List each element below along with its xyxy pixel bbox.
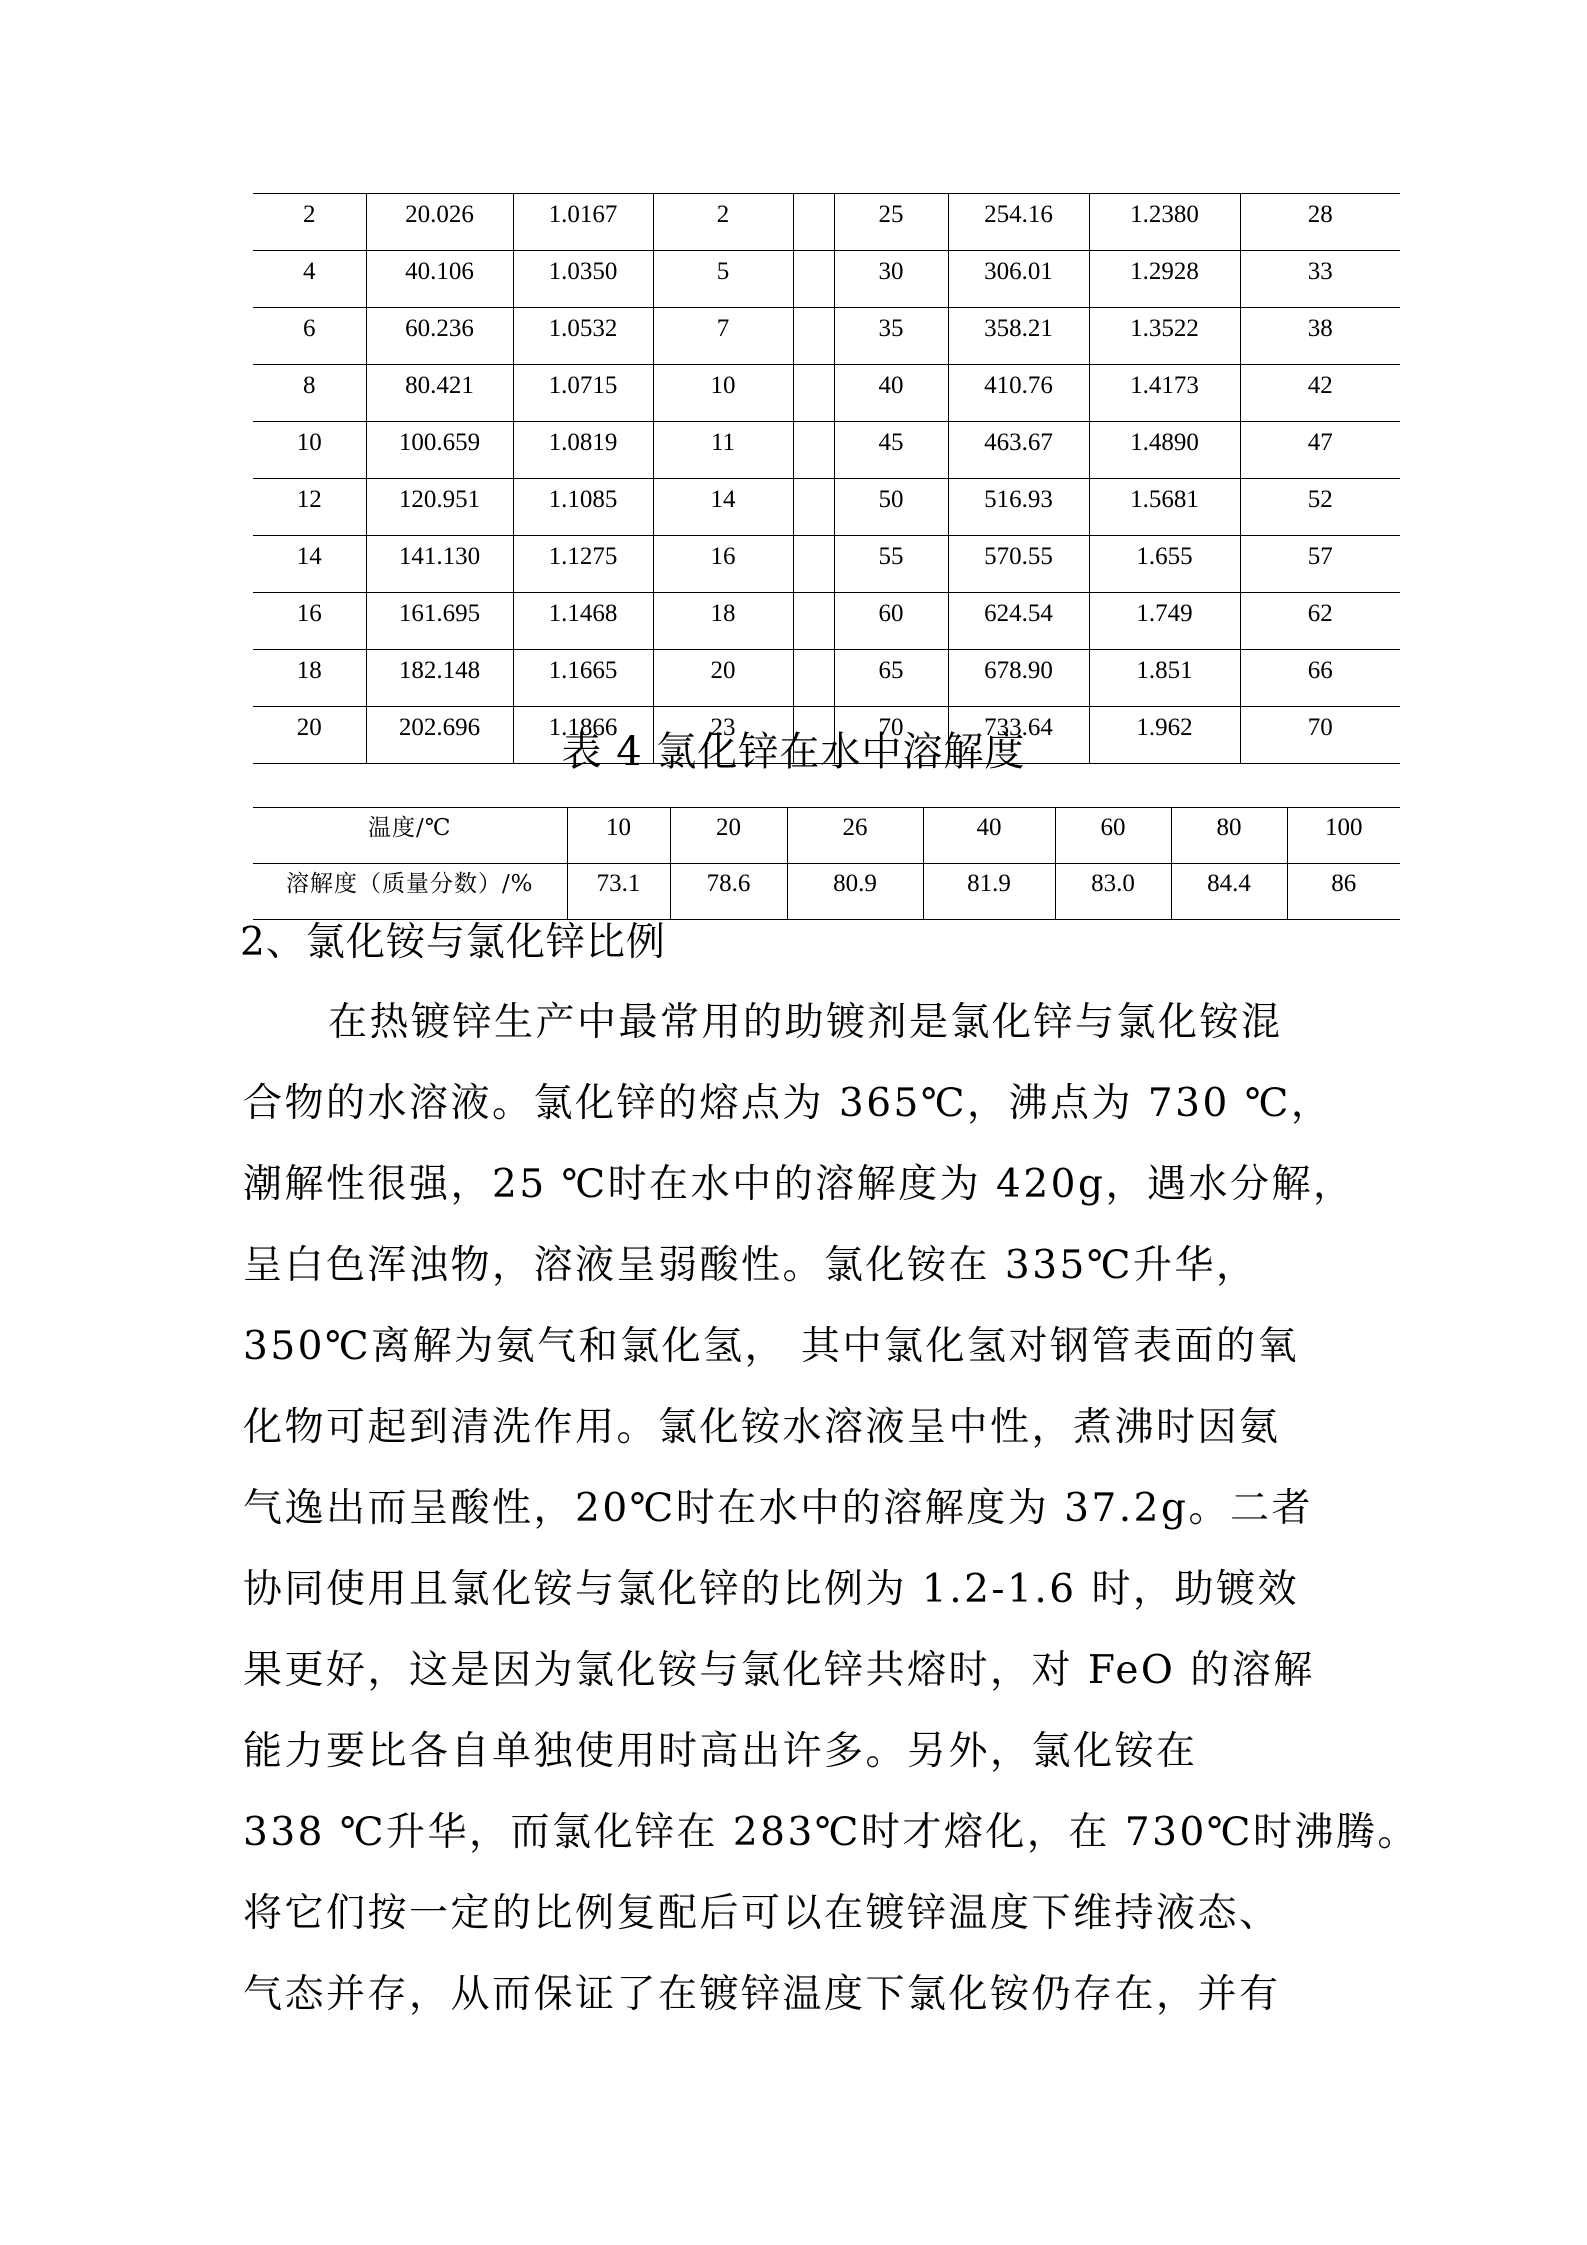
table-cell: 6 bbox=[253, 308, 366, 365]
row-label: 温度/℃ bbox=[253, 808, 567, 864]
section-heading: 2、氯化铵与氯化锌比例 bbox=[240, 915, 666, 971]
table-cell: 62 bbox=[1240, 593, 1400, 650]
table-cell: 1.0819 bbox=[513, 422, 653, 479]
table-cell: 33 bbox=[1240, 251, 1400, 308]
table-cell: 80 bbox=[1171, 808, 1287, 864]
table-cell bbox=[793, 194, 834, 251]
paragraph-line: 350℃离解为氨气和氯化氢， 其中氯化氢对钢管表面的氧 bbox=[243, 1319, 1299, 1375]
table-cell: 47 bbox=[1240, 422, 1400, 479]
paragraph-line: 将它们按一定的比例复配后可以在镀锌温度下维持液态、 bbox=[243, 1886, 1281, 1942]
table-cell: 60.236 bbox=[366, 308, 513, 365]
table-cell: 1.1085 bbox=[513, 479, 653, 536]
table-cell: 20 bbox=[653, 650, 793, 707]
density-table-continued: 220.0261.0167225254.161.238028440.1061.0… bbox=[253, 193, 1400, 764]
paragraph-line: 化物可起到清洗作用。氯化铵水溶液呈中性，煮沸时因氨 bbox=[243, 1400, 1281, 1456]
table-cell bbox=[793, 593, 834, 650]
table-cell: 28 bbox=[1240, 194, 1400, 251]
table-cell: 120.951 bbox=[366, 479, 513, 536]
table-cell: 55 bbox=[834, 536, 948, 593]
table-cell: 30 bbox=[834, 251, 948, 308]
table-cell: 45 bbox=[834, 422, 948, 479]
table-row: 880.4211.07151040410.761.417342 bbox=[253, 365, 1400, 422]
table-cell: 1.0167 bbox=[513, 194, 653, 251]
temperature-row: 温度/℃ 10 20 26 40 60 80 100 bbox=[253, 808, 1400, 864]
table-row: 660.2361.0532735358.211.352238 bbox=[253, 308, 1400, 365]
table-cell: 7 bbox=[653, 308, 793, 365]
table-cell: 12 bbox=[253, 479, 366, 536]
table-cell: 1.0350 bbox=[513, 251, 653, 308]
table-cell: 254.16 bbox=[948, 194, 1089, 251]
table-cell bbox=[793, 308, 834, 365]
table-cell: 10 bbox=[567, 808, 670, 864]
table-cell: 100.659 bbox=[366, 422, 513, 479]
solubility-row: 溶解度（质量分数）/% 73.1 78.6 80.9 81.9 83.0 84.… bbox=[253, 864, 1400, 920]
table-row: 10100.6591.08191145463.671.489047 bbox=[253, 422, 1400, 479]
paragraph-line: 气逸出而呈酸性，20℃时在水中的溶解度为 37.2g。二者 bbox=[243, 1481, 1313, 1537]
table-cell: 1.0532 bbox=[513, 308, 653, 365]
table-cell: 358.21 bbox=[948, 308, 1089, 365]
paragraph-line: 能力要比各自单独使用时高出许多。另外，氯化铵在 bbox=[243, 1724, 1198, 1780]
table-cell: 141.130 bbox=[366, 536, 513, 593]
table-cell: 410.76 bbox=[948, 365, 1089, 422]
table-cell: 25 bbox=[834, 194, 948, 251]
paragraph-line: 果更好，这是因为氯化铵与氯化锌共熔时，对 FeO 的溶解 bbox=[243, 1643, 1315, 1699]
table-cell: 1.851 bbox=[1089, 650, 1240, 707]
table-cell: 678.90 bbox=[948, 650, 1089, 707]
table-cell: 463.67 bbox=[948, 422, 1089, 479]
paragraph-line: 呈白色浑浊物，溶液呈弱酸性。氯化铵在 335℃升华， bbox=[243, 1238, 1257, 1294]
table-cell bbox=[793, 536, 834, 593]
table-cell: 35 bbox=[834, 308, 948, 365]
table-cell bbox=[793, 479, 834, 536]
table-cell: 86 bbox=[1287, 864, 1400, 920]
paragraph-line: 在热镀锌生产中最常用的助镀剂是氯化锌与氯化铵混 bbox=[328, 995, 1283, 1051]
table-cell: 10 bbox=[253, 422, 366, 479]
table-cell: 18 bbox=[253, 650, 366, 707]
table-cell: 83.0 bbox=[1055, 864, 1171, 920]
table-caption: 表 4 氯化锌在水中溶解度 bbox=[0, 722, 1587, 782]
table-cell: 570.55 bbox=[948, 536, 1089, 593]
table-cell bbox=[793, 365, 834, 422]
paragraph-line: 协同使用且氯化铵与氯化锌的比例为 1.2-1.6 时，助镀效 bbox=[243, 1562, 1299, 1618]
table-cell: 1.4173 bbox=[1089, 365, 1240, 422]
table-cell: 16 bbox=[653, 536, 793, 593]
table-cell: 2 bbox=[253, 194, 366, 251]
table-cell: 306.01 bbox=[948, 251, 1089, 308]
table-cell: 5 bbox=[653, 251, 793, 308]
table-cell: 1.655 bbox=[1089, 536, 1240, 593]
table-cell: 16 bbox=[253, 593, 366, 650]
table-cell: 1.1275 bbox=[513, 536, 653, 593]
table-row: 220.0261.0167225254.161.238028 bbox=[253, 194, 1400, 251]
table-cell: 84.4 bbox=[1171, 864, 1287, 920]
table-cell: 14 bbox=[653, 479, 793, 536]
table-cell: 20.026 bbox=[366, 194, 513, 251]
table-cell: 73.1 bbox=[567, 864, 670, 920]
table-cell: 1.5681 bbox=[1089, 479, 1240, 536]
table-cell: 50 bbox=[834, 479, 948, 536]
table-cell: 1.1468 bbox=[513, 593, 653, 650]
table-cell: 14 bbox=[253, 536, 366, 593]
table-cell: 1.0715 bbox=[513, 365, 653, 422]
table-row: 14141.1301.12751655570.551.65557 bbox=[253, 536, 1400, 593]
table-cell: 66 bbox=[1240, 650, 1400, 707]
row-label: 溶解度（质量分数）/% bbox=[253, 864, 567, 920]
table-cell: 80.9 bbox=[787, 864, 923, 920]
paragraph-line: 338 ℃升华，而氯化锌在 283℃时才熔化，在 730℃时沸腾。 bbox=[243, 1805, 1419, 1861]
table-cell: 1.3522 bbox=[1089, 308, 1240, 365]
table-row: 12120.9511.10851450516.931.568152 bbox=[253, 479, 1400, 536]
table-cell: 26 bbox=[787, 808, 923, 864]
paragraph-line: 气态并存，从而保证了在镀锌温度下氯化铵仍存在，并有 bbox=[243, 1967, 1281, 2023]
paragraph-line: 潮解性很强，25 ℃时在水中的溶解度为 420g，遇水分解， bbox=[243, 1157, 1354, 1213]
table-cell: 20 bbox=[670, 808, 787, 864]
zinc-chloride-solubility-table: 温度/℃ 10 20 26 40 60 80 100 溶解度（质量分数）/% 7… bbox=[253, 807, 1400, 920]
table-cell bbox=[793, 251, 834, 308]
table-cell: 1.2928 bbox=[1089, 251, 1240, 308]
table-row: 16161.6951.14681860624.541.74962 bbox=[253, 593, 1400, 650]
table-cell: 40 bbox=[923, 808, 1055, 864]
table-cell: 80.421 bbox=[366, 365, 513, 422]
table-cell: 40.106 bbox=[366, 251, 513, 308]
table-cell: 1.1665 bbox=[513, 650, 653, 707]
table-cell: 52 bbox=[1240, 479, 1400, 536]
table-cell: 81.9 bbox=[923, 864, 1055, 920]
table-row: 18182.1481.16652065678.901.85166 bbox=[253, 650, 1400, 707]
table-cell: 1.749 bbox=[1089, 593, 1240, 650]
table-cell: 38 bbox=[1240, 308, 1400, 365]
table-cell: 40 bbox=[834, 365, 948, 422]
table-cell: 60 bbox=[834, 593, 948, 650]
table-cell bbox=[793, 422, 834, 479]
table-cell: 42 bbox=[1240, 365, 1400, 422]
table-cell: 4 bbox=[253, 251, 366, 308]
table-cell: 100 bbox=[1287, 808, 1400, 864]
table-cell: 182.148 bbox=[366, 650, 513, 707]
paragraph-line: 合物的水溶液。氯化锌的熔点为 365℃，沸点为 730 ℃， bbox=[243, 1076, 1332, 1132]
table-cell: 57 bbox=[1240, 536, 1400, 593]
table-cell: 78.6 bbox=[670, 864, 787, 920]
table-cell: 60 bbox=[1055, 808, 1171, 864]
table-cell: 2 bbox=[653, 194, 793, 251]
table-cell: 65 bbox=[834, 650, 948, 707]
table-cell: 10 bbox=[653, 365, 793, 422]
table-cell: 624.54 bbox=[948, 593, 1089, 650]
table-cell: 8 bbox=[253, 365, 366, 422]
table-row: 440.1061.0350530306.011.292833 bbox=[253, 251, 1400, 308]
table-cell bbox=[793, 650, 834, 707]
table-cell: 516.93 bbox=[948, 479, 1089, 536]
table-cell: 161.695 bbox=[366, 593, 513, 650]
table-cell: 1.2380 bbox=[1089, 194, 1240, 251]
table-cell: 1.4890 bbox=[1089, 422, 1240, 479]
table-cell: 11 bbox=[653, 422, 793, 479]
table-cell: 18 bbox=[653, 593, 793, 650]
